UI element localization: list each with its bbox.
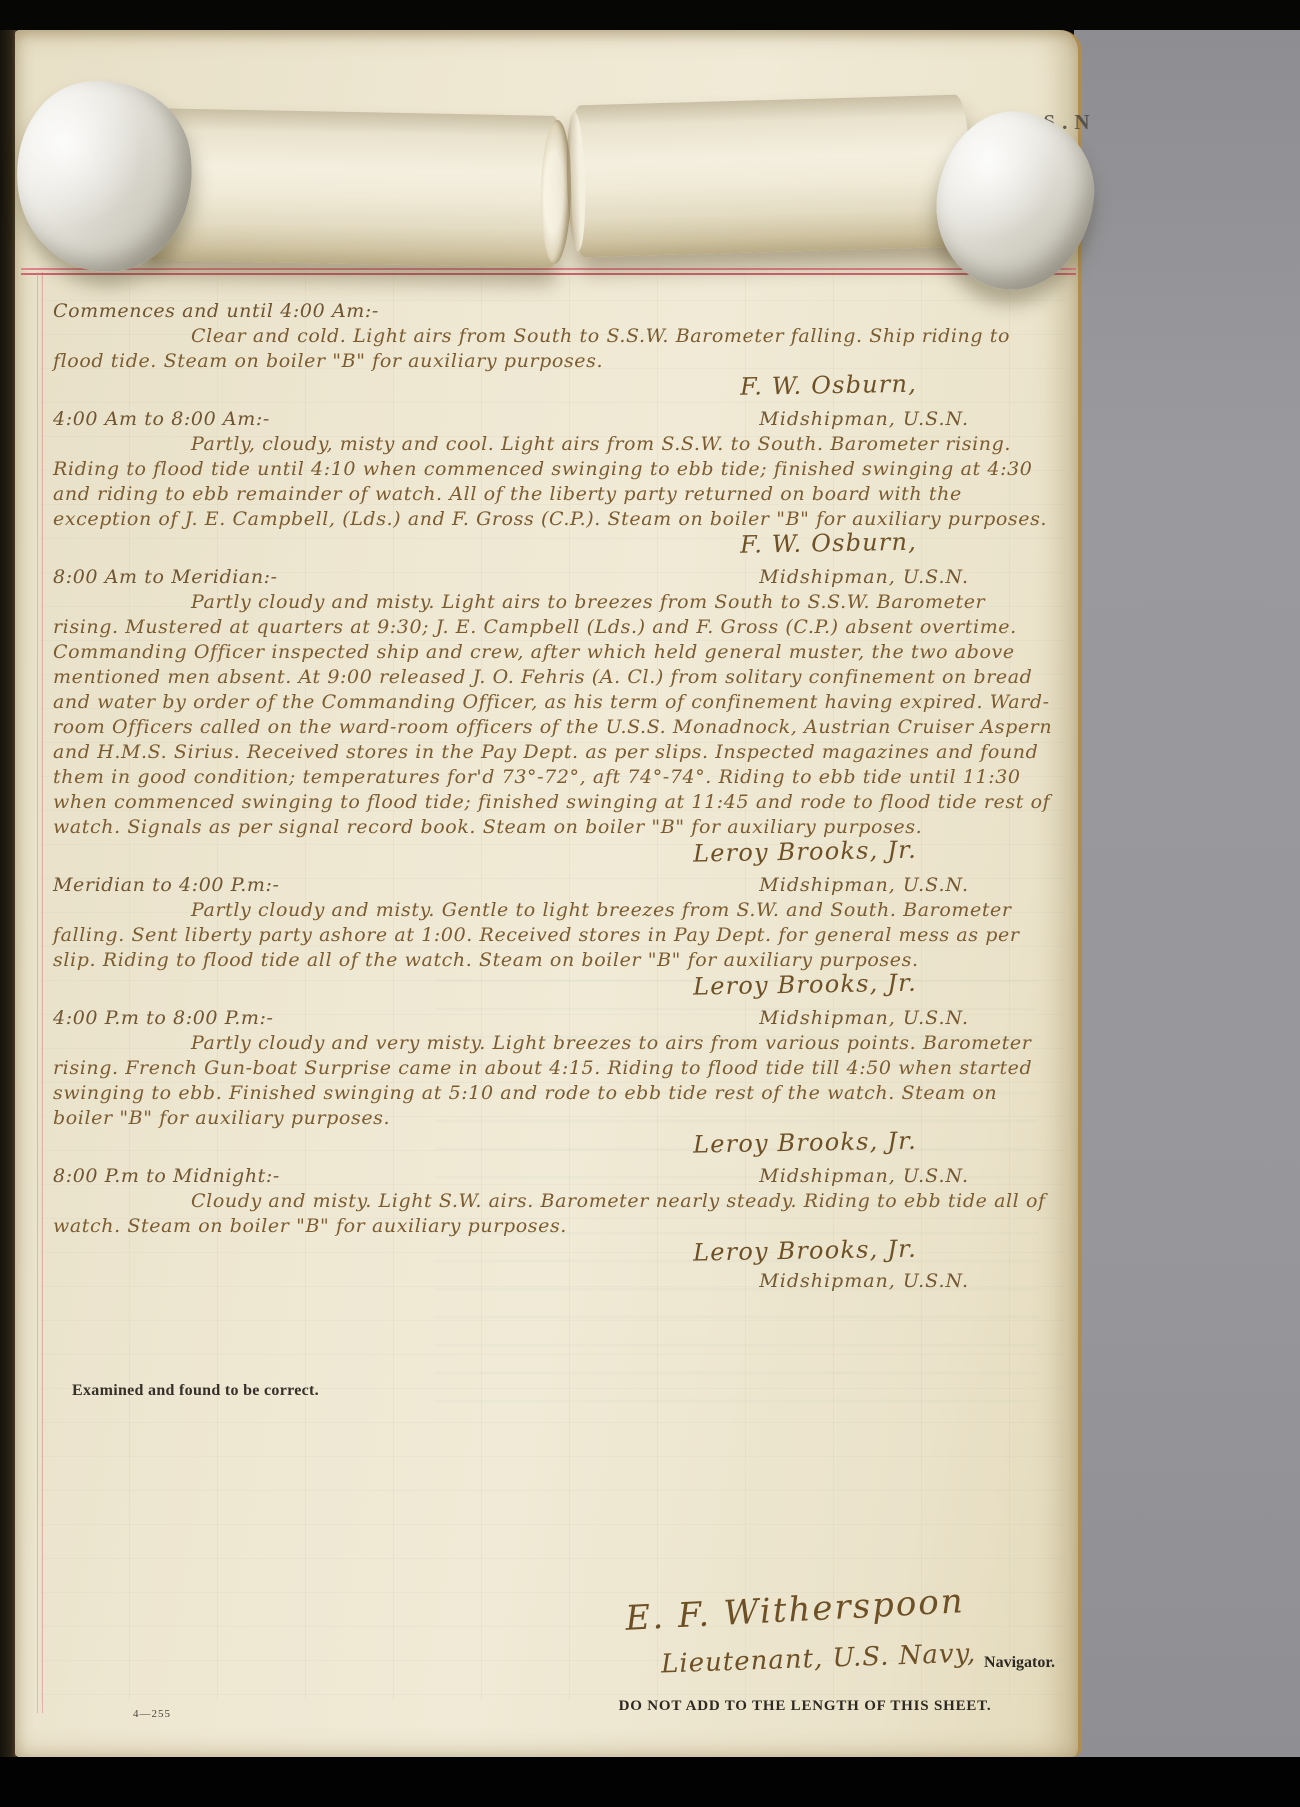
watch-narrative: Partly cloudy and misty. Light airs to b… (53, 590, 1057, 840)
officer-signature: F. W. Osburn, (53, 525, 1057, 571)
form-number: 4—255 (133, 1708, 171, 1720)
log-entries: Commences and until 4:00 Am:- Clear and … (53, 296, 1057, 1292)
watch-heading: Commences and until 4:00 Am:- (53, 300, 379, 322)
photo-top-border (0, 0, 1300, 30)
watch-narrative: Cloudy and misty. Light S.W. airs. Barom… (53, 1189, 1057, 1239)
log-entry: 8:00 P.m to Midnight:- Midshipman, U.S.N… (53, 1165, 1057, 1292)
logbook-photo: { "meta": { "header_partial": "U.S.N" },… (0, 0, 1300, 1807)
officer-signature: Leroy Brooks, Jr. (53, 966, 1057, 1012)
officer-title: Midshipman, U.S.N. (759, 1165, 1057, 1187)
navigator-printed-label: Navigator. (984, 1654, 1055, 1672)
paper-roll-left (142, 108, 565, 268)
log-entry: Meridian to 4:00 P.m:- Midshipman, U.S.N… (53, 874, 1057, 1003)
watch-narrative: Partly cloudy and very misty. Light bree… (53, 1031, 1057, 1131)
paper-roll-right (569, 94, 971, 257)
officer-title: Midshipman, U.S.N. (759, 566, 1057, 588)
photo-bottom-border (0, 1757, 1300, 1807)
officer-signature: F. W. Osburn, (53, 367, 1057, 413)
officer-signature: Leroy Brooks, Jr. (53, 1124, 1057, 1170)
watch-narrative: Partly cloudy and misty. Gentle to light… (53, 898, 1057, 973)
length-warning: DO NOT ADD TO THE LENGTH OF THIS SHEET. (585, 1698, 1025, 1715)
log-entry: Commences and until 4:00 Am:- Clear and … (53, 300, 1057, 404)
officer-title: Midshipman, U.S.N. (759, 1007, 1057, 1029)
officer-title: Midshipman, U.S.N. (759, 874, 1057, 896)
navigator-signature-block: E. F. Witherspoon Lieutenant, U.S. Navy,… (535, 1590, 1055, 1674)
officer-signature: Leroy Brooks, Jr. (53, 833, 1057, 879)
log-entry: 4:00 P.m to 8:00 P.m:- Midshipman, U.S.N… (53, 1007, 1057, 1161)
examined-stamp: Examined and found to be correct. (72, 1382, 319, 1400)
navigator-rank: Lieutenant, U.S. Navy, (660, 1639, 976, 1680)
logbook-page: U.S.N Commences and until 4:00 Am:- Clea… (15, 30, 1082, 1757)
log-entry: 4:00 Am to 8:00 Am:- Midshipman, U.S.N. … (53, 408, 1057, 562)
watch-narrative: Clear and cold. Light airs from South to… (53, 324, 1057, 374)
book-binding-edge (0, 30, 16, 1757)
officer-title: Midshipman, U.S.N. (759, 408, 1057, 430)
log-entry: 8:00 Am to Meridian:- Midshipman, U.S.N.… (53, 566, 1057, 870)
left-margin-rule (37, 272, 43, 1713)
photo-backdrop (1074, 30, 1300, 1757)
navigator-signature: E. F. Witherspoon (534, 1576, 1055, 1643)
red-margin-rule (21, 268, 1076, 276)
watch-narrative: Partly, cloudy, misty and cool. Light ai… (53, 432, 1057, 532)
